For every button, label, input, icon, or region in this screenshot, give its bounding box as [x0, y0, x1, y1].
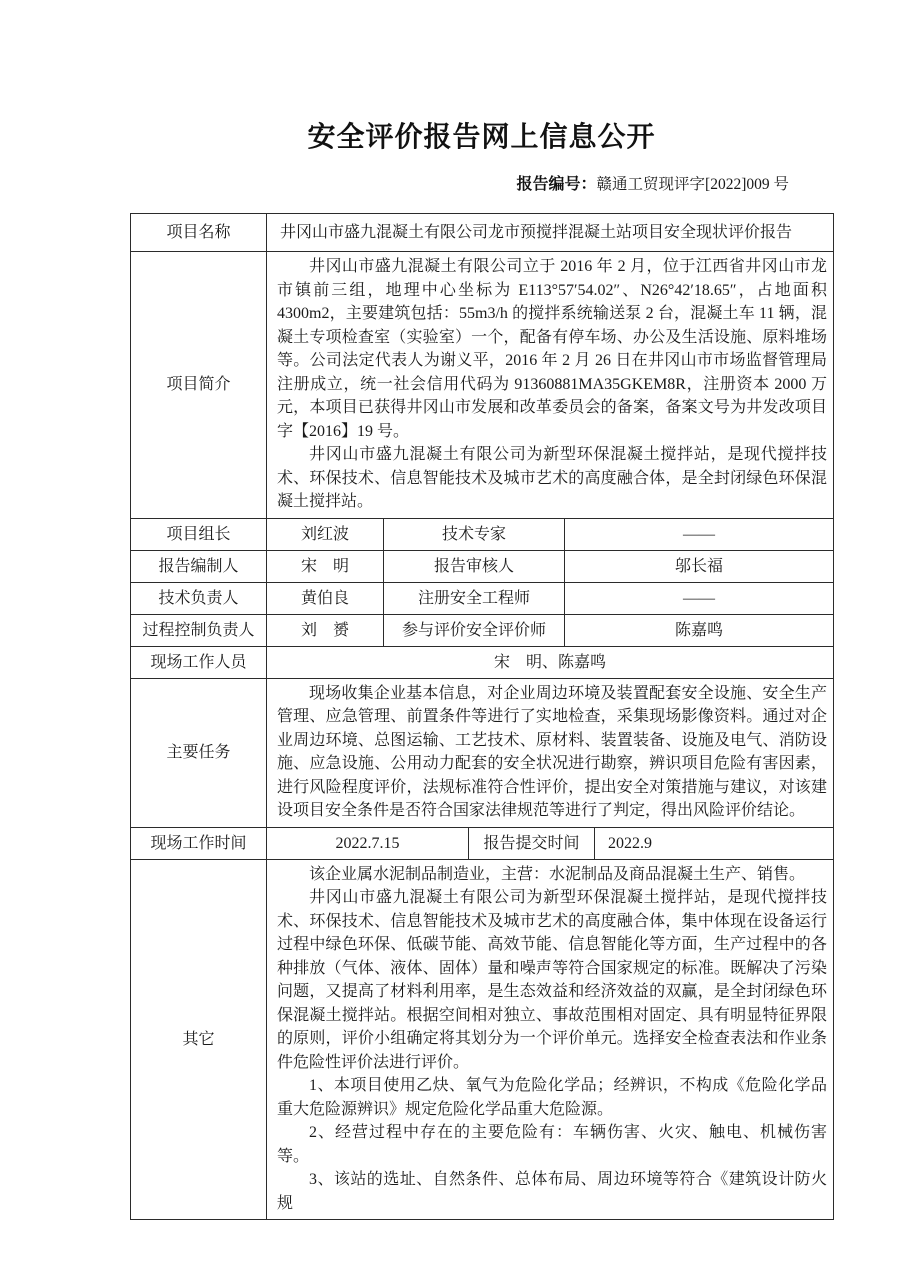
- tech-expert-label: 技术专家: [384, 519, 565, 551]
- row-work-time: 现场工作时间 2022.7.15 报告提交时间 2022.9: [131, 828, 834, 860]
- row-main-tasks: 主要任务 现场收集企业基本信息，对企业周边环境及装置配套安全设施、安全生产管理、…: [131, 679, 834, 828]
- tech-director-value: 黄伯良: [267, 583, 384, 615]
- document-page: 安全评价报告网上信息公开 报告编号：赣通工贸现评字[2022]009 号 项目名…: [0, 115, 900, 1220]
- row-other: 其它 该企业属水泥制品制造业，主营：水泥制品及商品混凝土生产、销售。 井冈山市盛…: [131, 860, 834, 1221]
- row-project-leader: 项目组长 刘红波 技术专家 ——: [131, 519, 834, 551]
- project-leader-value: 刘红波: [267, 519, 384, 551]
- other-paragraph-5: 3、该站的选址、自然条件、总体布局、周边环境等符合《建筑设计防火规: [277, 1168, 827, 1215]
- other-paragraph-1: 该企业属水泥制品制造业，主营：水泥制品及商品混凝土生产、销售。: [277, 863, 827, 887]
- info-table: 项目名称 井冈山市盛九混凝土有限公司龙市预搅拌混凝土站项目安全现状评价报告 项目…: [130, 213, 834, 1220]
- process-control-label: 过程控制负责人: [131, 615, 267, 647]
- other-text: 该企业属水泥制品制造业，主营：水泥制品及商品混凝土生产、销售。 井冈山市盛九混凝…: [267, 860, 834, 1221]
- submit-time-label: 报告提交时间: [469, 828, 595, 860]
- other-paragraph-4: 2、经营过程中存在的主要危险有：车辆伤害、火灾、触电、机械伤害等。: [277, 1121, 827, 1168]
- row-field-staff: 现场工作人员 宋 明、陈嘉鸣: [131, 647, 834, 679]
- report-reviewer-value: 邬长福: [565, 551, 834, 583]
- other-label: 其它: [131, 860, 267, 1221]
- row-tech-director: 技术负责人 黄伯良 注册安全工程师 ——: [131, 583, 834, 615]
- registered-engineer-label: 注册安全工程师: [384, 583, 565, 615]
- report-compiler-label: 报告编制人: [131, 551, 267, 583]
- page-title: 安全评价报告网上信息公开: [130, 115, 833, 155]
- main-tasks-text: 现场收集企业基本信息，对企业周边环境及装置配套安全设施、安全生产管理、应急管理、…: [267, 679, 834, 828]
- report-compiler-value: 宋 明: [267, 551, 384, 583]
- tech-expert-value: ——: [565, 519, 834, 551]
- main-tasks-paragraph: 现场收集企业基本信息，对企业周边环境及装置配套安全设施、安全生产管理、应急管理、…: [277, 682, 827, 823]
- submit-time-value: 2022.9: [595, 828, 834, 860]
- project-intro-paragraph-2: 井冈山市盛九混凝土有限公司为新型环保混凝土搅拌站，是现代搅拌技术、环保技术、信息…: [277, 443, 827, 514]
- other-paragraph-2: 井冈山市盛九混凝土有限公司为新型环保混凝土搅拌站，是现代搅拌技术、环保技术、信息…: [277, 886, 827, 1074]
- report-number-label: 报告编号：: [517, 176, 597, 193]
- row-report-compiler: 报告编制人 宋 明 报告审核人 邬长福: [131, 551, 834, 583]
- evaluator-label: 参与评价安全评价师: [384, 615, 565, 647]
- project-intro-text: 井冈山市盛九混凝土有限公司立于 2016 年 2 月，位于江西省井冈山市龙市镇前…: [267, 252, 834, 519]
- row-project-intro: 项目简介 井冈山市盛九混凝土有限公司立于 2016 年 2 月，位于江西省井冈山…: [131, 252, 834, 519]
- process-control-value: 刘 赟: [267, 615, 384, 647]
- report-reviewer-label: 报告审核人: [384, 551, 565, 583]
- work-time-value: 2022.7.15: [267, 828, 469, 860]
- report-number: 报告编号：赣通工贸现评字[2022]009 号: [130, 171, 833, 194]
- project-intro-label: 项目简介: [131, 252, 267, 519]
- project-name-value: 井冈山市盛九混凝土有限公司龙市预搅拌混凝土站项目安全现状评价报告: [267, 214, 834, 252]
- project-intro-paragraph-1: 井冈山市盛九混凝土有限公司立于 2016 年 2 月，位于江西省井冈山市龙市镇前…: [277, 255, 827, 443]
- report-number-value: 赣通工贸现评字[2022]009 号: [597, 176, 789, 193]
- field-staff-value: 宋 明、陈嘉鸣: [267, 647, 834, 679]
- main-tasks-label: 主要任务: [131, 679, 267, 828]
- field-staff-label: 现场工作人员: [131, 647, 267, 679]
- project-name-label: 项目名称: [131, 214, 267, 252]
- row-project-name: 项目名称 井冈山市盛九混凝土有限公司龙市预搅拌混凝土站项目安全现状评价报告: [131, 214, 834, 252]
- evaluator-value: 陈嘉鸣: [565, 615, 834, 647]
- work-time-label: 现场工作时间: [131, 828, 267, 860]
- row-process-control: 过程控制负责人 刘 赟 参与评价安全评价师 陈嘉鸣: [131, 615, 834, 647]
- registered-engineer-value: ——: [565, 583, 834, 615]
- other-paragraph-3: 1、本项目使用乙炔、氧气为危险化学品；经辨识，不构成《危险化学品重大危险源辨识》…: [277, 1074, 827, 1121]
- tech-director-label: 技术负责人: [131, 583, 267, 615]
- project-leader-label: 项目组长: [131, 519, 267, 551]
